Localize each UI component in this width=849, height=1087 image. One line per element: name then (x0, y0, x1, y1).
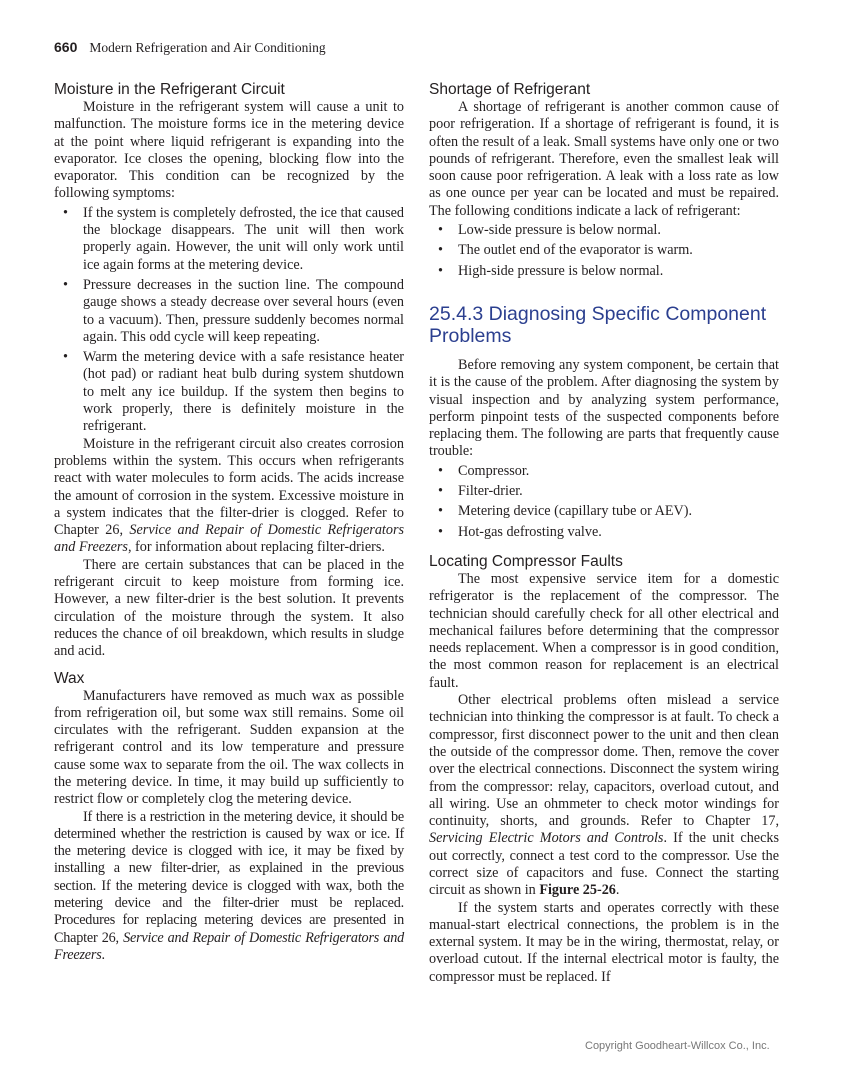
heading-moisture: Moisture in the Refrigerant Circuit (54, 80, 404, 99)
section-heading: 25.4.3 Diagnosing Specific Component Pro… (429, 303, 779, 347)
paragraph-compressor-1: The most expensive service item for a do… (429, 571, 779, 692)
running-header: 660Modern Refrigeration and Air Conditio… (54, 38, 326, 57)
paragraph-wax-1: Manufacturers have removed as much wax a… (54, 688, 404, 809)
figure-reference: Figure 25-26 (539, 882, 616, 898)
book-page: 660Modern Refrigeration and Air Conditio… (0, 0, 849, 1087)
list-item: Low-side pressure is below normal. (429, 222, 779, 239)
heading-wax: Wax (54, 669, 404, 688)
right-column: Shortage of Refrigerant A shortage of re… (429, 80, 779, 986)
list-item: Compressor. (429, 463, 779, 480)
paragraph-compressor-2: Other electrical problems often mislead … (429, 692, 779, 900)
page-number: 660 (54, 39, 77, 55)
paragraph-compressor-3: If the system starts and operates correc… (429, 900, 779, 986)
paragraph-moisture-corrosion: Moisture in the refrigerant circuit also… (54, 436, 404, 557)
list-item: Hot-gas defrosting valve. (429, 524, 779, 541)
conditions-list: Low-side pressure is below normal. The o… (429, 222, 779, 280)
list-item: Pressure decreases in the suction line. … (54, 277, 404, 346)
paragraph-moisture-intro: Moisture in the refrigerant system will … (54, 99, 404, 203)
book-title: Modern Refrigeration and Air Conditionin… (89, 40, 325, 55)
symptoms-list: If the system is completely defrosted, t… (54, 205, 404, 436)
parts-list: Compressor. Filter-drier. Metering devic… (429, 463, 779, 541)
book-reference: Servicing Electric Motors and Controls (429, 830, 663, 846)
paragraph-wax-2: If there is a restriction in the meterin… (54, 809, 404, 965)
list-item: If the system is completely defrosted, t… (54, 205, 404, 274)
list-item: High-side pressure is below normal. (429, 263, 779, 280)
paragraph-diagnosing-intro: Before removing any system component, be… (429, 357, 779, 461)
list-item: The outlet end of the evaporator is warm… (429, 242, 779, 259)
left-column: Moisture in the Refrigerant Circuit Mois… (54, 80, 404, 964)
copyright-footer: Copyright Goodheart-Willcox Co., Inc. (585, 1040, 770, 1052)
paragraph-moisture-solution: There are certain substances that can be… (54, 557, 404, 661)
heading-shortage: Shortage of Refrigerant (429, 80, 779, 99)
list-item: Warm the metering device with a safe res… (54, 349, 404, 435)
list-item: Metering device (capillary tube or AEV). (429, 503, 779, 520)
heading-compressor-faults: Locating Compressor Faults (429, 552, 779, 571)
list-item: Filter-drier. (429, 483, 779, 500)
paragraph-shortage-intro: A shortage of refrigerant is another com… (429, 99, 779, 220)
